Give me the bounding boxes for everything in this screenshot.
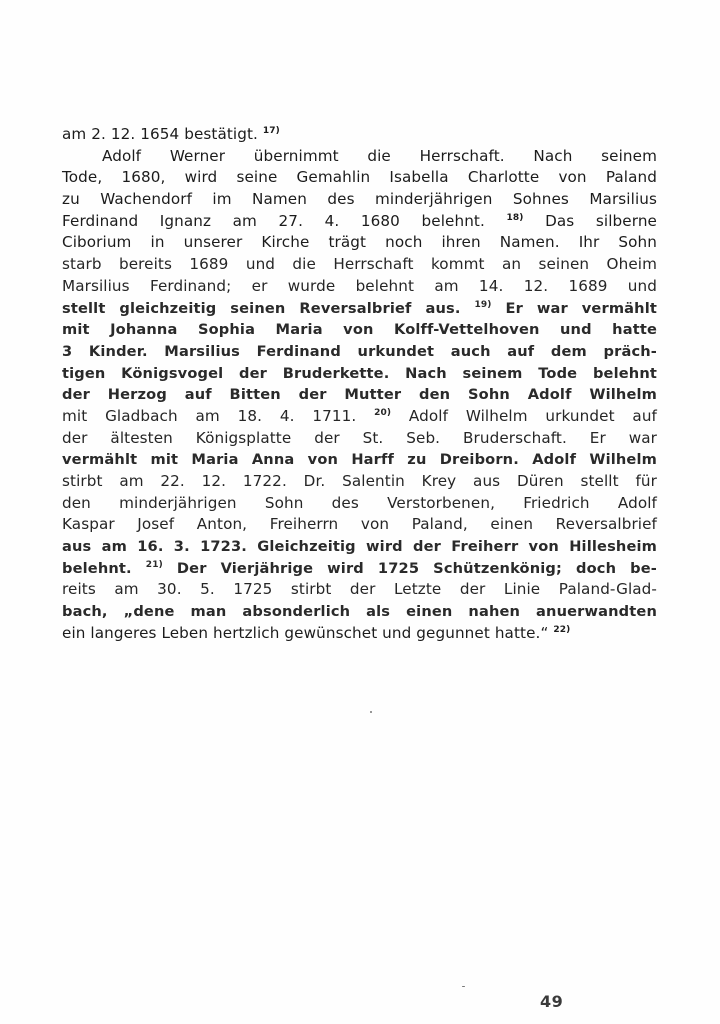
line-text: ein langeres Leben hertzlich gewünschet …: [62, 624, 548, 642]
line-text: Der Vierjährige wird 1725 Schützenkönig;…: [163, 560, 657, 577]
body-text: am 2. 12. 1654 bestätigt. 17) Adolf Wern…: [62, 124, 657, 645]
footnote-ref-20: 20): [374, 408, 391, 418]
text-line-7: starb bereits 1689 und die Herrschaft ko…: [62, 254, 657, 276]
footnote-ref-18: 18): [507, 213, 524, 223]
text-line-19: Kaspar Josef Anton, Freiherrn von Paland…: [62, 514, 657, 536]
line-text: Er war vermählt: [492, 300, 657, 317]
line-text: Ferdinand Ignanz am 27. 4. 1680 belehnt.: [62, 212, 485, 230]
page-number: 49: [540, 992, 563, 1011]
text-line-20: aus am 16. 3. 1723. Gleichzeitig wird de…: [62, 536, 657, 558]
line-text: mit Gladbach am 18. 4. 1711.: [62, 407, 356, 425]
text-line-2: Adolf Werner übernimmt die Herrschaft. N…: [62, 146, 657, 168]
text-line-12: tigen Königsvogel der Bruderkette. Nach …: [62, 363, 657, 385]
footnote-ref-21: 21): [146, 560, 163, 570]
text-line-24: ein langeres Leben hertzlich gewünschet …: [62, 623, 657, 645]
line-text: stellt gleichzeitig seinen Reversalbrief…: [62, 300, 461, 317]
text-line-21: belehnt. 21) Der Vierjährige wird 1725 S…: [62, 558, 657, 580]
footnote-ref-17: 17): [263, 126, 280, 136]
text-line-4: zu Wachendorf im Namen des minderjährige…: [62, 189, 657, 211]
line-text: belehnt.: [62, 560, 132, 577]
text-line-10: mit Johanna Sophia Maria von Kolff-Vette…: [62, 319, 657, 341]
line-text: am 2. 12. 1654 bestätigt.: [62, 125, 258, 143]
text-line-8: Marsilius Ferdinand; er wurde belehnt am…: [62, 276, 657, 298]
footnote-ref-22: 22): [553, 625, 570, 635]
text-line-22: reits am 30. 5. 1725 stirbt der Letzte d…: [62, 579, 657, 601]
text-line-3: Tode, 1680, wird seine Gemahlin Isabella…: [62, 167, 657, 189]
text-line-18: den minderjährigen Sohn des Verstorbenen…: [62, 493, 657, 515]
text-line-5: Ferdinand Ignanz am 27. 4. 1680 belehnt.…: [62, 211, 657, 233]
text-line-15: der ältesten Königsplatte der St. Seb. B…: [62, 428, 657, 450]
text-line-11: 3 Kinder. Marsilius Ferdinand urkundet a…: [62, 341, 657, 363]
text-line-23: bach, „dene man absonderlich als einen n…: [62, 601, 657, 623]
text-line-16: vermählt mit Maria Anna von Harff zu Dre…: [62, 449, 657, 471]
text-line-13: der Herzog auf Bitten der Mutter den Soh…: [62, 384, 657, 406]
line-text: Adolf Wilhelm urkundet auf: [391, 407, 657, 425]
text-line-14: mit Gladbach am 18. 4. 1711. 20) Adolf W…: [62, 406, 657, 428]
scan-speck: [370, 711, 372, 713]
scan-speck: [462, 986, 465, 987]
footnote-ref-19: 19): [474, 300, 491, 310]
line-text: Das silberne: [523, 212, 657, 230]
text-line-9: stellt gleichzeitig seinen Reversalbrief…: [62, 298, 657, 320]
text-line-1: am 2. 12. 1654 bestätigt. 17): [62, 124, 657, 146]
book-page: am 2. 12. 1654 bestätigt. 17) Adolf Wern…: [0, 0, 720, 1024]
text-line-6: Ciborium in unserer Kirche trägt noch ih…: [62, 232, 657, 254]
text-line-17: stirbt am 22. 12. 1722. Dr. Salentin Kre…: [62, 471, 657, 493]
